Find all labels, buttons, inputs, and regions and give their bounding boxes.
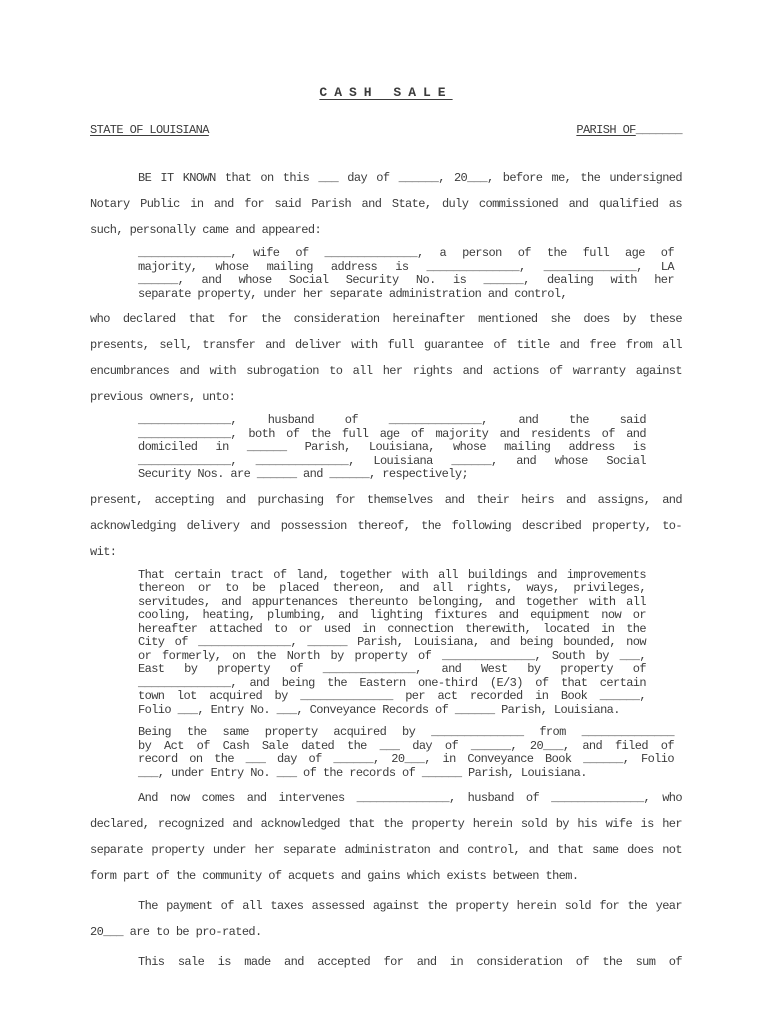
text-line: domiciled in ______ Parish, Louisiana, w…: [138, 441, 646, 455]
document-body: BE IT KNOWN that on this ___ day of ____…: [90, 165, 682, 975]
state-parish-row: STATE OF LOUISIANA PARISH OF_______: [90, 123, 682, 138]
text-line: ______________, both of the full age of …: [138, 428, 646, 442]
text-line: East by property of ______________, and …: [138, 663, 646, 677]
cash-sale-document-page: CASH SALE STATE OF LOUISIANA PARISH OF__…: [0, 0, 770, 1024]
text-line: servitudes, and appurtenances thereunto …: [138, 596, 646, 610]
opening-recital: BE IT KNOWN that on this ___ day of ____…: [90, 165, 682, 243]
text-line: thereon or to be placed thereon, and all…: [138, 582, 646, 596]
text-line: or formerly, on the North by property of…: [138, 650, 646, 664]
text-line: wit:: [90, 539, 682, 565]
text-line: Security Nos. are ______ and ______, res…: [138, 468, 646, 482]
text-line: City of ______________, ______ Parish, L…: [138, 636, 646, 650]
acquisition-history-clause: Being the same property acquired by ____…: [138, 726, 674, 780]
text-line: BE IT KNOWN that on this ___ day of ____…: [90, 165, 682, 191]
text-line: Notary Public in and for said Parish and…: [90, 191, 682, 217]
text-line: encumbrances and with subrogation to all…: [90, 358, 682, 384]
parish-label-group: PARISH OF_______: [576, 123, 682, 138]
text-line: ___, under Entry No. ___ of the records …: [138, 767, 674, 781]
intervention-clause: And now comes and intervenes ___________…: [90, 785, 682, 889]
acceptance-clause: present, accepting and purchasing for th…: [90, 487, 682, 565]
text-line: form part of the community of acquets an…: [90, 863, 682, 889]
text-line: hereafter attached to or used in connect…: [138, 623, 646, 637]
declaration-of-sale: who declared that for the consideration …: [90, 306, 682, 410]
text-line: The payment of all taxes assessed agains…: [90, 893, 682, 919]
text-line: separate property under her separate adm…: [90, 837, 682, 863]
parish-label: PARISH OF: [576, 123, 635, 137]
text-line: present, accepting and purchasing for th…: [90, 487, 682, 513]
text-line: such, personally came and appeared:: [90, 217, 682, 243]
text-line: And now comes and intervenes ___________…: [90, 785, 682, 811]
text-line: declared, recognized and acknowledged th…: [90, 811, 682, 837]
text-line: This sale is made and accepted for and i…: [90, 949, 682, 975]
text-line: ______, and whose Social Security No. is…: [138, 274, 674, 288]
taxes-proration-clause: The payment of all taxes assessed agains…: [90, 893, 682, 945]
text-line: previous owners, unto:: [90, 384, 682, 410]
document-title: CASH SALE: [90, 84, 682, 101]
text-line: Folio ___, Entry No. ___, Conveyance Rec…: [138, 704, 646, 718]
text-line: cooling, heating, plumbing, and lighting…: [138, 609, 646, 623]
state-label: STATE OF LOUISIANA: [90, 123, 209, 138]
parish-blank: _______: [636, 123, 682, 137]
text-line: acknowledging delivery and possession th…: [90, 513, 682, 539]
text-line: majority, whose mailing address is _____…: [138, 261, 674, 275]
text-line: ______________, husband of _____________…: [138, 414, 646, 428]
text-line: That certain tract of land, together wit…: [138, 569, 646, 583]
text-line: record on the ___ day of ______, 20___, …: [138, 753, 674, 767]
seller-appearance-clause: ______________, wife of ______________, …: [138, 247, 674, 301]
text-line: presents, sell, transfer and deliver wit…: [90, 332, 682, 358]
text-line: 20___ are to be pro-rated.: [90, 919, 682, 945]
text-line: ______________, wife of ______________, …: [138, 247, 674, 261]
text-line: ______________, and being the Eastern on…: [138, 677, 646, 691]
text-line: Being the same property acquired by ____…: [138, 726, 674, 740]
text-line: town lot acquired by ______________ per …: [138, 690, 646, 704]
property-description: That certain tract of land, together wit…: [138, 569, 646, 718]
purchasers-clause: ______________, husband of _____________…: [138, 414, 646, 482]
text-line: who declared that for the consideration …: [90, 306, 682, 332]
document-title-text: CASH SALE: [319, 85, 452, 100]
text-line: separate property, under her separate ad…: [138, 288, 674, 302]
consideration-clause: This sale is made and accepted for and i…: [90, 949, 682, 975]
text-line: by Act of Cash Sale dated the ___ day of…: [138, 740, 674, 754]
text-line: ______________, ______________, Louisian…: [138, 455, 646, 469]
